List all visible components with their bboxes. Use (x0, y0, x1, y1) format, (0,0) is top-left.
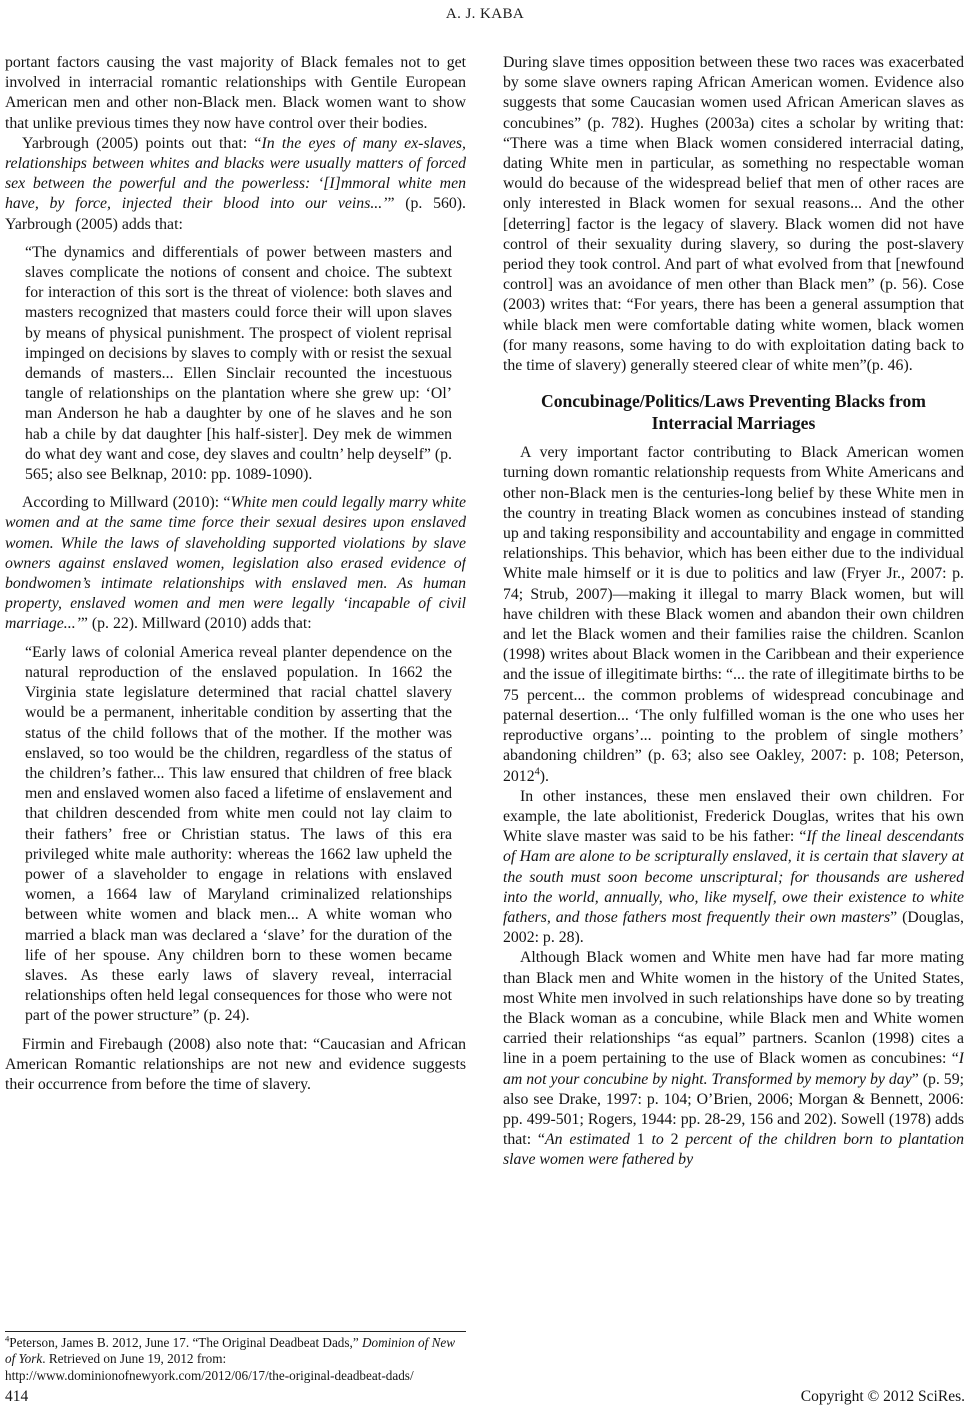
paper-page: A. J. KABA portant factors causing the v… (0, 0, 970, 1385)
right-column: During slave times opposition between th… (503, 53, 964, 1385)
paragraph: Firmin and Firebaugh (2008) also note th… (5, 1035, 466, 1096)
left-column: portant factors causing the vast majorit… (5, 53, 466, 1385)
paragraph: In other instances, these men enslaved t… (503, 787, 964, 949)
running-head: A. J. KABA (5, 6, 965, 23)
block-quote: “Early laws of colonial America reveal p… (25, 643, 452, 1027)
paragraph: portant factors causing the vast majorit… (5, 53, 466, 134)
paragraph: Although Black women and White men have … (503, 948, 964, 1170)
paragraph: A very important factor contributing to … (503, 443, 964, 786)
footnote: 4Peterson, James B. 2012, June 17. “The … (5, 1331, 466, 1385)
two-column-body: portant factors causing the vast majorit… (5, 53, 965, 1385)
paragraph: Yarbrough (2005) points out that: “In th… (5, 134, 466, 235)
paragraph: During slave times opposition between th… (503, 53, 964, 376)
page-footer: 414 Copyright © 2012 SciRes. (5, 1388, 965, 1406)
paragraph: According to Millward (2010): “White men… (5, 493, 466, 634)
page-number: 414 (5, 1388, 28, 1406)
section-heading: Concubinage/Politics/Laws Preventing Bla… (503, 390, 964, 434)
copyright-notice: Copyright © 2012 SciRes. (801, 1388, 965, 1406)
block-quote: “The dynamics and differentials of power… (25, 243, 452, 485)
